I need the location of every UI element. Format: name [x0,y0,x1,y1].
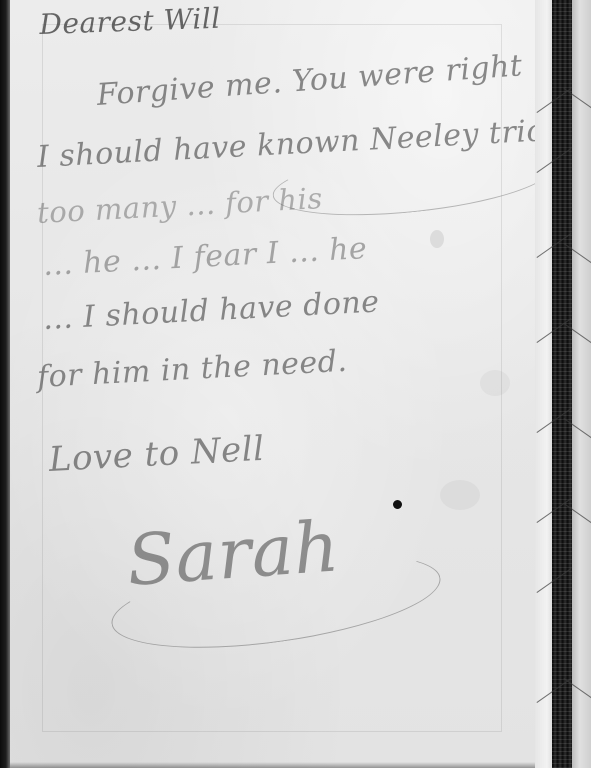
paper-stain [480,370,510,396]
facing-page-edge [572,0,591,768]
letter-salutation: Dearest Will [39,2,221,41]
scan-left-edge [0,0,10,768]
letter-page: Dearest Will Forgive me. You were right … [10,0,550,768]
document-scan: Dearest Will Forgive me. You were right … [0,0,591,768]
ink-blot [393,500,402,509]
paper-stain [430,230,444,248]
book-spine-stitching [552,0,572,768]
paper-stain [440,480,480,510]
